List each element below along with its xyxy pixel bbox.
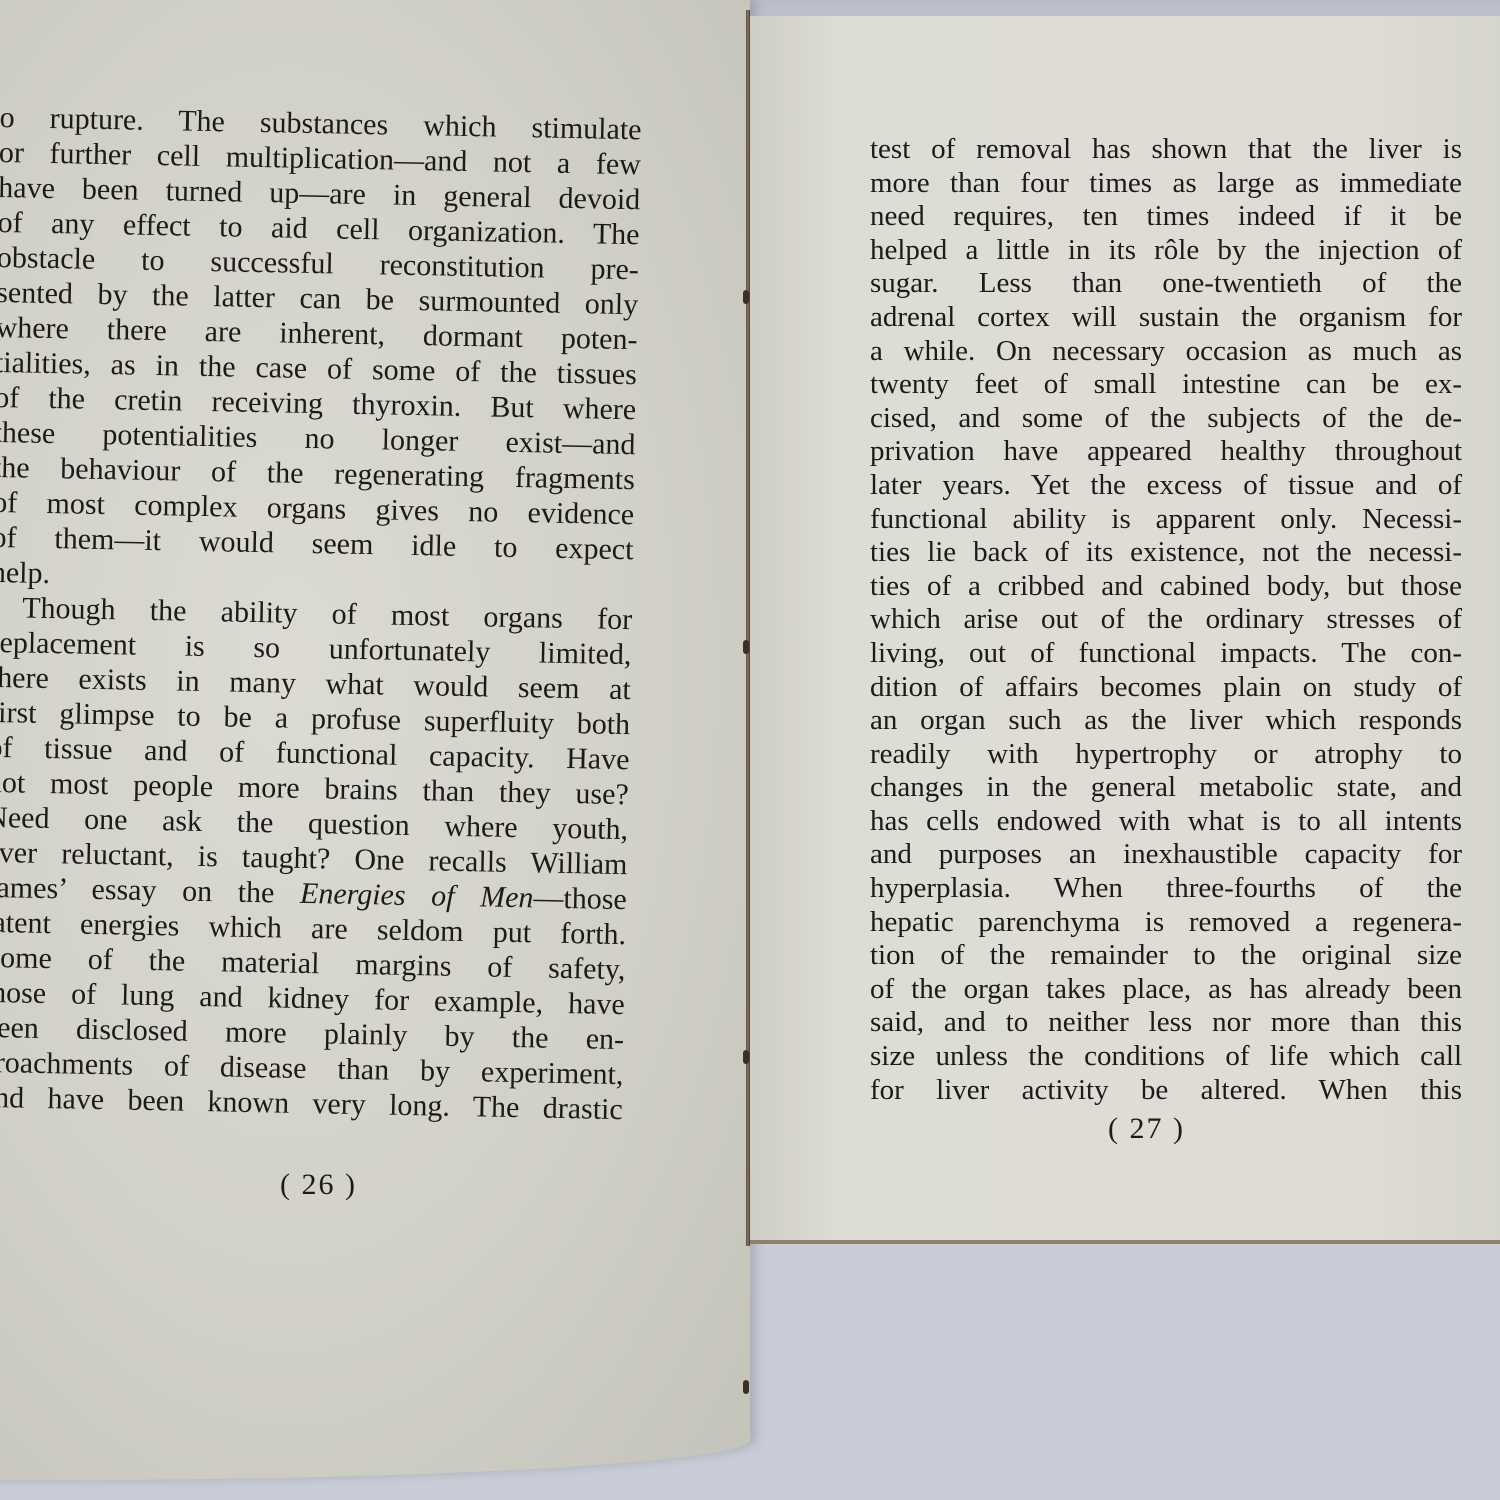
left-page-text: o rupture. The substances which stimulat… [0, 100, 642, 1127]
text-line: has cells endowed with what is to all in… [870, 805, 1462, 839]
text-line: more than four times as large as immedia… [870, 167, 1462, 201]
text-line: living, out of functional impacts. The c… [870, 637, 1462, 671]
text-line: cised, and some of the subjects of the d… [870, 402, 1462, 436]
text-line: size unless the conditions of life which… [870, 1040, 1462, 1074]
text-line: and purposes an inexhaustible capacity f… [870, 838, 1462, 872]
binding-stitch [743, 290, 749, 304]
binding-stitch [743, 640, 749, 654]
text-fragment: —those [533, 881, 627, 916]
text-line: sugar. Less than one-twentieth of the [870, 267, 1462, 301]
text-line: a while. On necessary occasion as much a… [870, 335, 1462, 369]
text-line: which arise out of the ordinary stresses… [870, 603, 1462, 637]
right-page-text: test of removal has shown that the liver… [870, 133, 1462, 1107]
binding-stitch [743, 1050, 749, 1064]
text-line: hepatic parenchyma is removed a regenera… [870, 906, 1462, 940]
text-line: hyperplasia. When three-fourths of the [870, 872, 1462, 906]
text-fragment: James’ essay on the [0, 871, 300, 910]
text-line: later years. Yet the excess of tissue an… [870, 469, 1462, 503]
text-line: of the organ takes place, as has already… [870, 973, 1462, 1007]
text-line: adrenal cortex will sustain the organism… [870, 301, 1462, 335]
page-number-left: ( 26 ) [280, 1168, 357, 1202]
text-line: ties of a cribbed and cabined body, but … [870, 570, 1462, 604]
text-line: said, and to neither less nor more than … [870, 1006, 1462, 1040]
text-line: privation have appeared healthy througho… [870, 435, 1462, 469]
text-line: dition of affairs becomes plain on study… [870, 671, 1462, 705]
text-line: helped a little in its rôle by the injec… [870, 234, 1462, 268]
text-line: need requires, ten times indeed if it be [870, 200, 1462, 234]
text-line: changes in the general metabolic state, … [870, 771, 1462, 805]
binding-stitch [743, 1380, 749, 1394]
text-line: ties lie back of its existence, not the … [870, 536, 1462, 570]
text-line: readily with hypertrophy or atrophy to [870, 738, 1462, 772]
page-number-right: ( 27 ) [1108, 1112, 1185, 1146]
text-line: test of removal has shown that the liver… [870, 133, 1462, 167]
text-line: for liver activity be altered. When this [870, 1074, 1462, 1108]
text-line: functional ability is apparent only. Nec… [870, 503, 1462, 537]
text-line: an organ such as the liver which respond… [870, 704, 1462, 738]
text-line: tion of the remainder to the original si… [870, 939, 1462, 973]
text-line: twenty feet of small intestine can be ex… [870, 368, 1462, 402]
italic-book-title: Energies of Men [300, 877, 534, 914]
